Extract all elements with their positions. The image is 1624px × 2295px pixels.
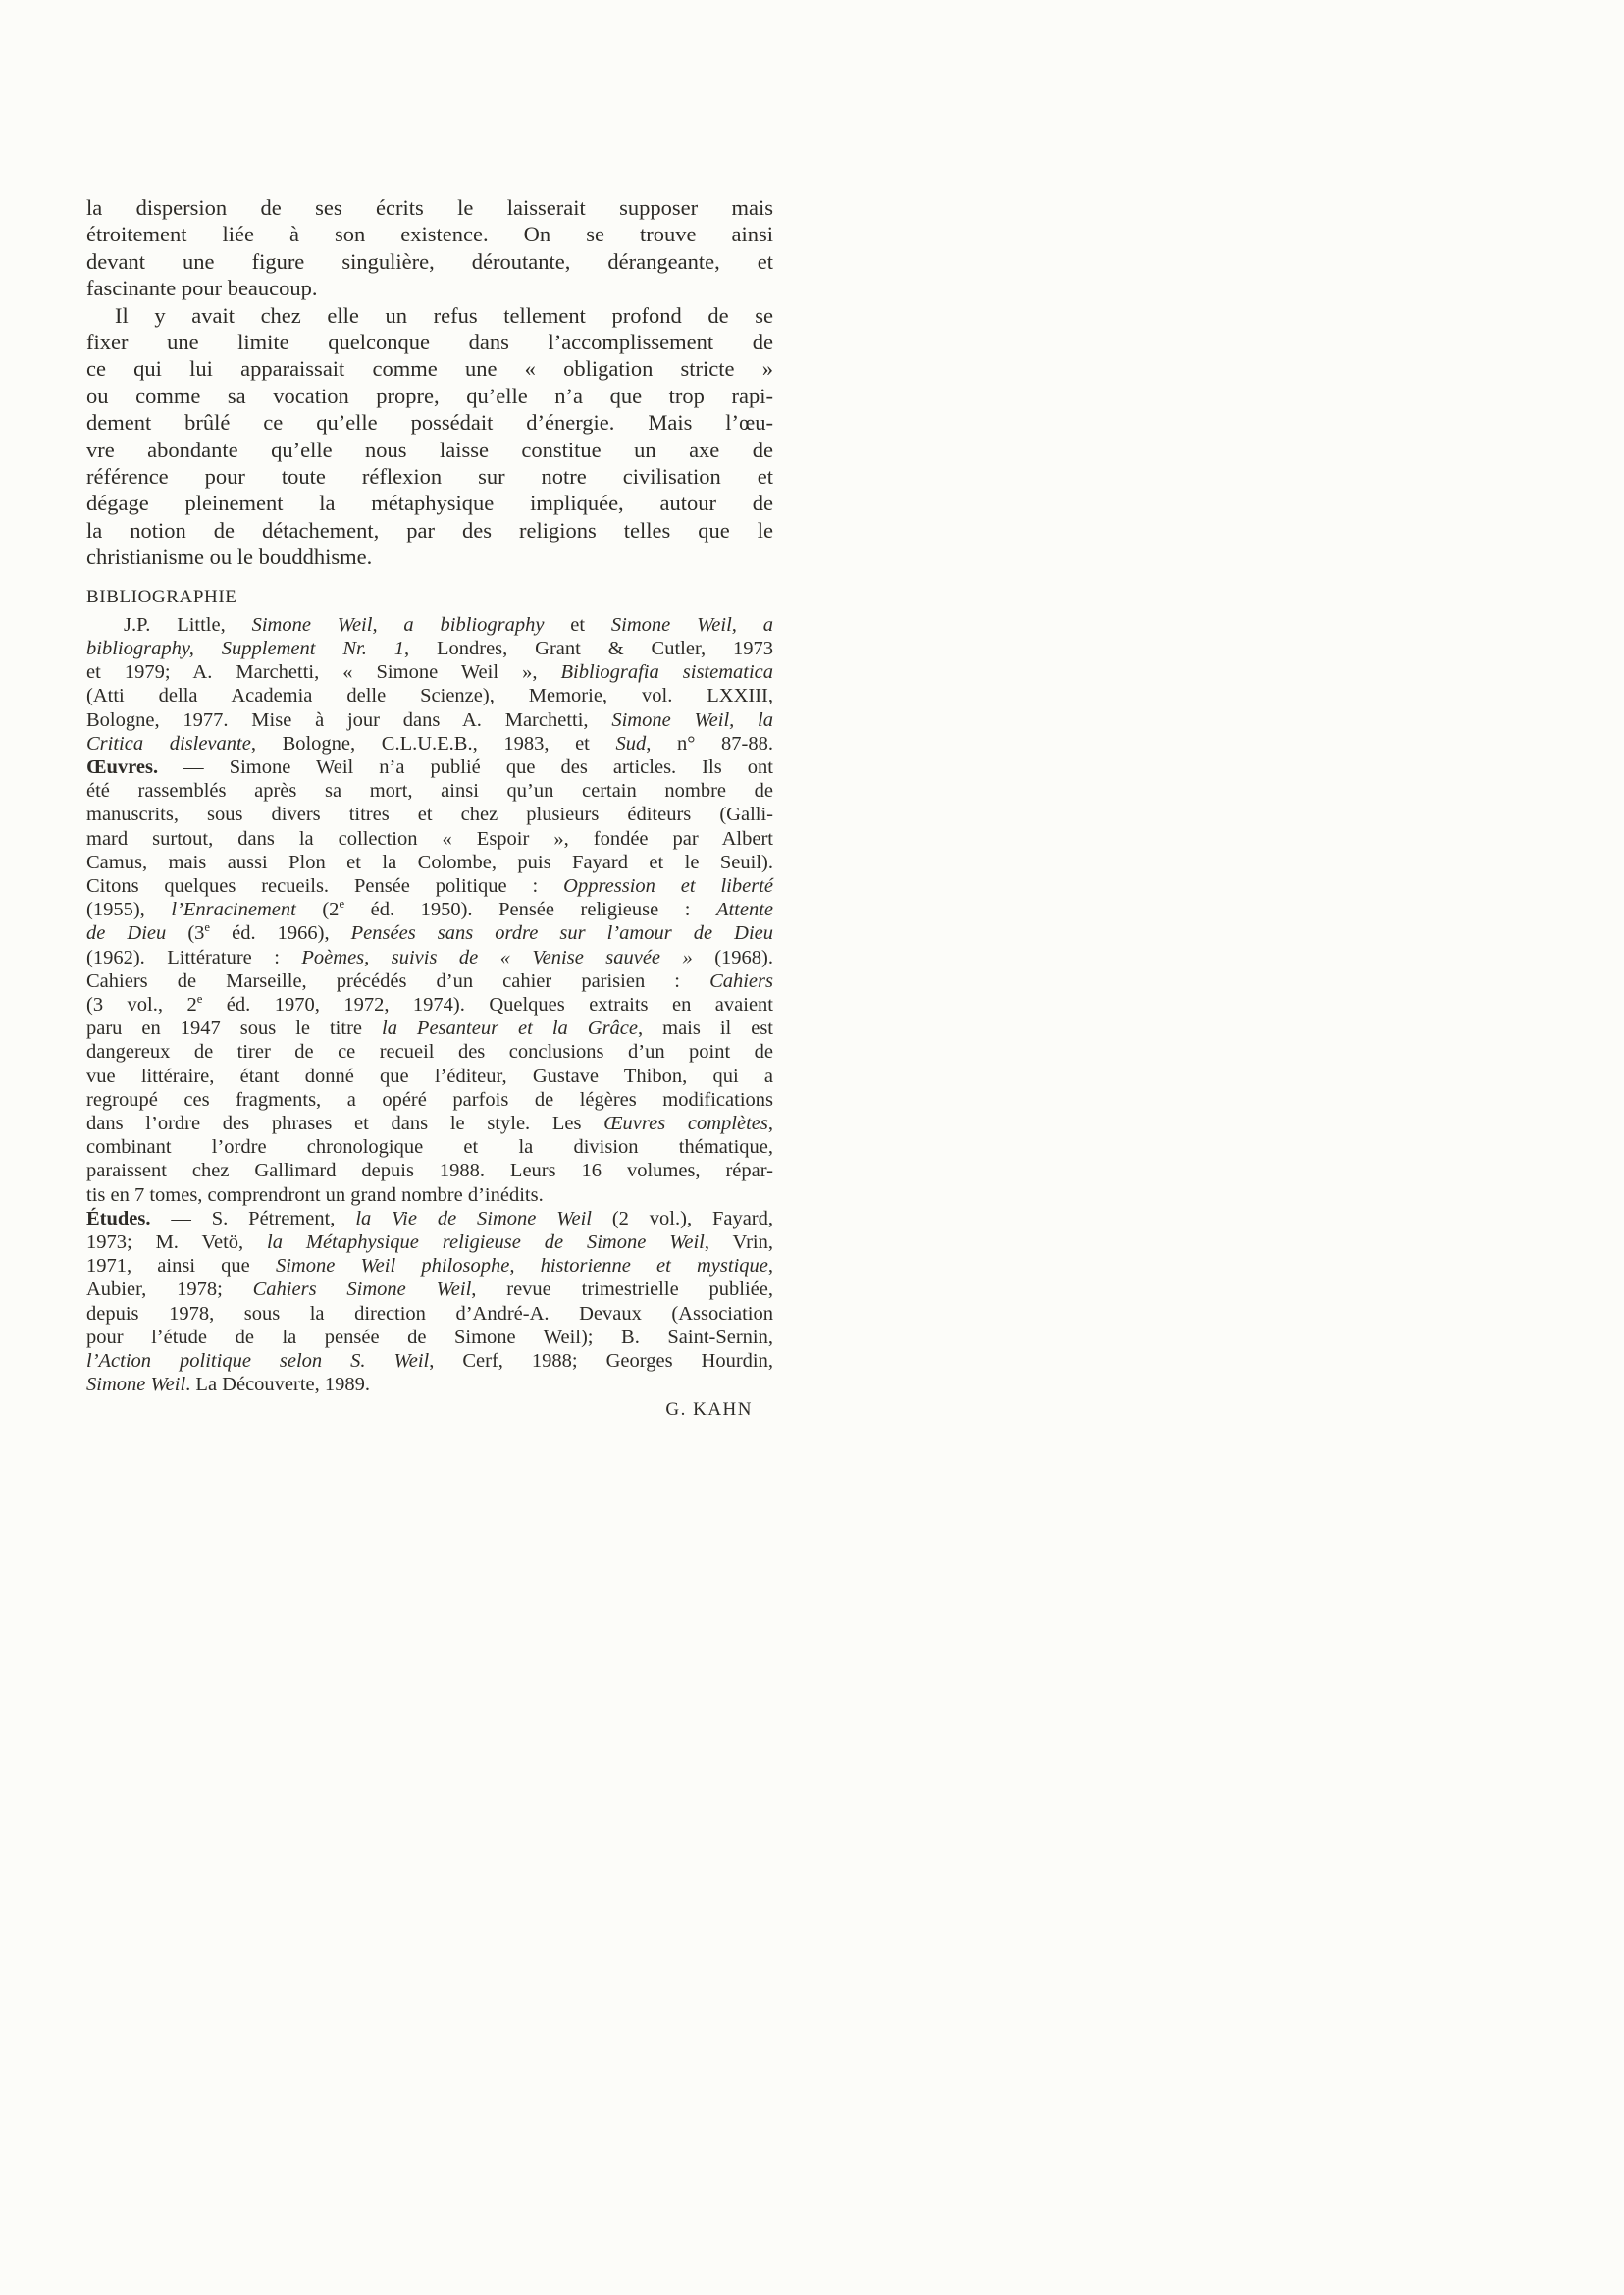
text-run: christianisme ou le bouddhisme. <box>86 545 372 569</box>
text-run: 1973; M. Vetö, <box>86 1231 267 1253</box>
text-line: regroupé ces fragments, a opéré parfois … <box>86 1088 773 1112</box>
text-column: la dispersion de ses écrits le laisserai… <box>86 194 773 1422</box>
text-line: ou comme sa vocation propre, qu’elle n’a… <box>86 383 773 409</box>
text-line: été rassemblés après sa mort, ainsi qu’u… <box>86 779 773 803</box>
section-label-bold: Œuvres. <box>86 756 158 778</box>
text-line: paru en 1947 sous le titre la Pesanteur … <box>86 1017 773 1040</box>
work-title-italic: de Dieu <box>86 922 166 944</box>
text-run: , mais il est <box>638 1017 773 1039</box>
text-run: depuis 1978, sous la direction d’André-A… <box>86 1303 773 1325</box>
text-line: (Atti della Academia delle Scienze), Mem… <box>86 684 773 707</box>
text-run: (2 <box>296 899 340 920</box>
text-run: ce qui lui apparaissait comme une « obli… <box>86 356 773 381</box>
bibliography-body: J.P. Little, Simone Weil, a bibliography… <box>86 613 773 1397</box>
text-line: Aubier, 1978; Cahiers Simone Weil, revue… <box>86 1278 773 1301</box>
text-run: référence pour toute réflexion sur notre… <box>86 464 773 489</box>
work-title-italic: Simone Weil philosophe, historienne et m… <box>276 1255 768 1277</box>
text-run: Bologne, 1977. Mise à jour dans A. March… <box>86 709 611 731</box>
text-run: et 1979; A. Marchetti, « Simone Weil », <box>86 661 561 683</box>
text-line: Œuvres. — Simone Weil n’a publié que des… <box>86 756 773 779</box>
text-run: 1971, ainsi que <box>86 1255 276 1277</box>
work-title-italic: Sud <box>616 733 647 755</box>
text-run: , revue trimestrielle publiée, <box>471 1278 773 1300</box>
text-line: Critica dislevante, Bologne, C.L.U.E.B.,… <box>86 732 773 756</box>
text-line: dans l’ordre des phrases et dans le styl… <box>86 1112 773 1135</box>
work-title-italic: Œuvres complètes <box>603 1113 768 1134</box>
text-line: christianisme ou le bouddhisme. <box>86 544 773 570</box>
text-run: éd. 1966), <box>210 922 351 944</box>
text-line: combinant l’ordre chronologique et la di… <box>86 1135 773 1159</box>
text-line: vue littéraire, étant donné que l’éditeu… <box>86 1065 773 1088</box>
work-title-italic: la Vie de Simone Weil <box>355 1208 592 1229</box>
work-title-italic: Simone Weil <box>86 1374 185 1395</box>
text-line: dement brûlé ce qu’elle possédait d’éner… <box>86 409 773 436</box>
text-run: (1962). Littérature : <box>86 947 301 968</box>
text-line: (1962). Littérature : Poèmes, suivis de … <box>86 946 773 969</box>
work-title-italic: Bibliografia sistematica <box>561 661 774 683</box>
text-run: (1968). <box>693 947 773 968</box>
paragraph: Il y avait chez elle un refus tellement … <box>86 302 773 571</box>
work-title-italic: l’Action politique selon S. Weil <box>86 1350 429 1372</box>
scanned-document-page: la dispersion de ses écrits le laisserai… <box>0 0 1624 2295</box>
text-line: tis en 7 tomes, comprendront un grand no… <box>86 1183 773 1207</box>
text-run: vue littéraire, étant donné que l’éditeu… <box>86 1066 773 1087</box>
text-run: — S. Pétrement, <box>151 1208 356 1229</box>
text-run: Camus, mais aussi Plon et la Colombe, pu… <box>86 852 773 873</box>
text-line: la notion de détachement, par des religi… <box>86 517 773 544</box>
text-run: Aubier, 1978; <box>86 1278 253 1300</box>
text-line: Camus, mais aussi Plon et la Colombe, pu… <box>86 851 773 874</box>
text-run: J.P. Little, <box>124 614 252 636</box>
text-run: , Cerf, 1988; Georges Hourdin, <box>429 1350 773 1372</box>
text-run: manuscrits, sous divers titres et chez p… <box>86 804 773 825</box>
text-run: été rassemblés après sa mort, ainsi qu’u… <box>86 780 773 802</box>
text-line: dégage pleinement la métaphysique impliq… <box>86 490 773 516</box>
text-run: fascinante pour beaucoup. <box>86 276 318 300</box>
text-run: regroupé ces fragments, a opéré parfois … <box>86 1089 773 1111</box>
text-line: Cahiers de Marseille, précédés d’un cahi… <box>86 969 773 993</box>
paragraph: la dispersion de ses écrits le laisserai… <box>86 194 773 302</box>
text-run: dangereux de tirer de ce recueil des con… <box>86 1041 773 1063</box>
text-run: Cahiers de Marseille, précédés d’un cahi… <box>86 970 709 992</box>
text-run: paraissent chez Gallimard depuis 1988. L… <box>86 1160 773 1181</box>
work-title-italic: Simone Weil, a bibliography <box>252 614 545 636</box>
text-run: paru en 1947 sous le titre <box>86 1017 382 1039</box>
text-line: Il y avait chez elle un refus tellement … <box>86 302 773 329</box>
text-run: la dispersion de ses écrits le laisserai… <box>86 195 773 220</box>
text-line: Bologne, 1977. Mise à jour dans A. March… <box>86 708 773 732</box>
work-title-italic: bibliography, Supplement Nr. 1 <box>86 638 404 659</box>
text-line: Simone Weil. La Découverte, 1989. <box>86 1373 773 1396</box>
text-line: et 1979; A. Marchetti, « Simone Weil », … <box>86 660 773 684</box>
text-line: mard surtout, dans la collection « Espoi… <box>86 827 773 851</box>
text-run: (3 <box>166 922 204 944</box>
text-run: fixer une limite quelconque dans l’accom… <box>86 330 773 354</box>
text-run: , Bologne, C.L.U.E.B., 1983, et <box>251 733 616 755</box>
text-line: manuscrits, sous divers titres et chez p… <box>86 803 773 826</box>
text-run: et <box>544 614 610 636</box>
text-run: éd. 1950). Pensée religieuse : <box>344 899 716 920</box>
text-line: 1971, ainsi que Simone Weil philosophe, … <box>86 1254 773 1278</box>
work-title-italic: Attente <box>716 899 773 920</box>
work-title-italic: la Pesanteur et la Grâce <box>382 1017 638 1039</box>
text-run: — Simone Weil n’a publié que des article… <box>158 756 773 778</box>
work-title-italic: Simone Weil, a <box>611 614 773 636</box>
text-run: étroitement liée à son existence. On se … <box>86 222 773 246</box>
text-line: (1955), l’Enracinement (2e éd. 1950). Pe… <box>86 898 773 921</box>
text-run: combinant l’ordre chronologique et la di… <box>86 1136 773 1158</box>
text-line: dangereux de tirer de ce recueil des con… <box>86 1040 773 1064</box>
text-line: J.P. Little, Simone Weil, a bibliography… <box>86 613 773 637</box>
bibliography-heading: BIBLIOGRAPHIE <box>86 587 773 608</box>
text-line: de Dieu (3e éd. 1966), Pensées sans ordr… <box>86 921 773 945</box>
text-run: mard surtout, dans la collection « Espoi… <box>86 828 773 850</box>
text-line: fascinante pour beaucoup. <box>86 275 773 301</box>
author-signature: G. KAHN <box>86 1398 773 1422</box>
text-line: la dispersion de ses écrits le laisserai… <box>86 194 773 221</box>
text-run: dans l’ordre des phrases et dans le styl… <box>86 1113 603 1134</box>
text-run: vre abondante qu’elle nous laisse consti… <box>86 438 773 462</box>
work-title-italic: Oppression et liberté <box>563 875 773 897</box>
text-run: Citons quelques recueils. Pensée politiq… <box>86 875 563 897</box>
paragraph: Études. — S. Pétrement, la Vie de Simone… <box>86 1207 773 1397</box>
text-line: ce qui lui apparaissait comme une « obli… <box>86 355 773 382</box>
text-line: depuis 1978, sous la direction d’André-A… <box>86 1302 773 1326</box>
work-title-italic: Pensées sans ordre sur l’amour de Dieu <box>351 922 773 944</box>
text-run: Il y avait chez elle un refus tellement … <box>115 303 773 328</box>
text-run: , n° 87-88. <box>646 733 773 755</box>
text-line: Citons quelques recueils. Pensée politiq… <box>86 874 773 898</box>
text-run: dement brûlé ce qu’elle possédait d’éner… <box>86 410 773 435</box>
text-run: pour l’étude de la pensée de Simone Weil… <box>86 1327 773 1348</box>
work-title-italic: l’Enracinement <box>171 899 296 920</box>
text-run: , Londres, Grant & Cutler, 1973 <box>404 638 773 659</box>
text-run: (2 vol.), Fayard, <box>592 1208 773 1229</box>
paragraph: J.P. Little, Simone Weil, a bibliography… <box>86 613 773 756</box>
text-run: tis en 7 tomes, comprendront un grand no… <box>86 1184 544 1206</box>
text-run: (1955), <box>86 899 171 920</box>
text-run: la notion de détachement, par des religi… <box>86 518 773 543</box>
text-run: . La Découverte, 1989. <box>185 1374 370 1395</box>
text-run: , <box>768 1255 773 1277</box>
article-body: la dispersion de ses écrits le laisserai… <box>86 194 773 571</box>
work-title-italic: la Métaphysique religieuse de Simone Wei… <box>267 1231 705 1253</box>
text-line: l’Action politique selon S. Weil, Cerf, … <box>86 1349 773 1373</box>
text-run: ou comme sa vocation propre, qu’elle n’a… <box>86 384 773 408</box>
work-title-italic: Cahiers <box>709 970 773 992</box>
text-line: 1973; M. Vetö, la Métaphysique religieus… <box>86 1230 773 1254</box>
work-title-italic: Poèmes, suivis de « Venise sauvée » <box>301 947 692 968</box>
section-label-bold: Études. <box>86 1208 151 1229</box>
text-run: éd. 1970, 1972, 1974). Quelques extraits… <box>202 994 773 1016</box>
text-line: fixer une limite quelconque dans l’accom… <box>86 329 773 355</box>
text-run: dégage pleinement la métaphysique impliq… <box>86 491 773 515</box>
text-run: (3 vol., 2 <box>86 994 197 1016</box>
work-title-italic: Cahiers Simone Weil <box>253 1278 472 1300</box>
paragraph: Œuvres. — Simone Weil n’a publié que des… <box>86 756 773 1207</box>
text-line: Études. — S. Pétrement, la Vie de Simone… <box>86 1207 773 1230</box>
work-title-italic: Simone Weil, la <box>611 709 773 731</box>
work-title-italic: Critica dislevante <box>86 733 251 755</box>
text-line: étroitement liée à son existence. On se … <box>86 221 773 247</box>
text-line: référence pour toute réflexion sur notre… <box>86 463 773 490</box>
text-run: , Vrin, <box>705 1231 773 1253</box>
text-line: pour l’étude de la pensée de Simone Weil… <box>86 1326 773 1349</box>
text-run: devant une figure singulière, déroutante… <box>86 249 773 274</box>
text-line: devant une figure singulière, déroutante… <box>86 248 773 275</box>
text-run: , <box>768 1113 773 1134</box>
text-line: (3 vol., 2e éd. 1970, 1972, 1974). Quelq… <box>86 993 773 1017</box>
text-run: (Atti della Academia delle Scienze), Mem… <box>86 685 773 706</box>
text-line: vre abondante qu’elle nous laisse consti… <box>86 437 773 463</box>
text-line: paraissent chez Gallimard depuis 1988. L… <box>86 1159 773 1182</box>
text-line: bibliography, Supplement Nr. 1, Londres,… <box>86 637 773 660</box>
